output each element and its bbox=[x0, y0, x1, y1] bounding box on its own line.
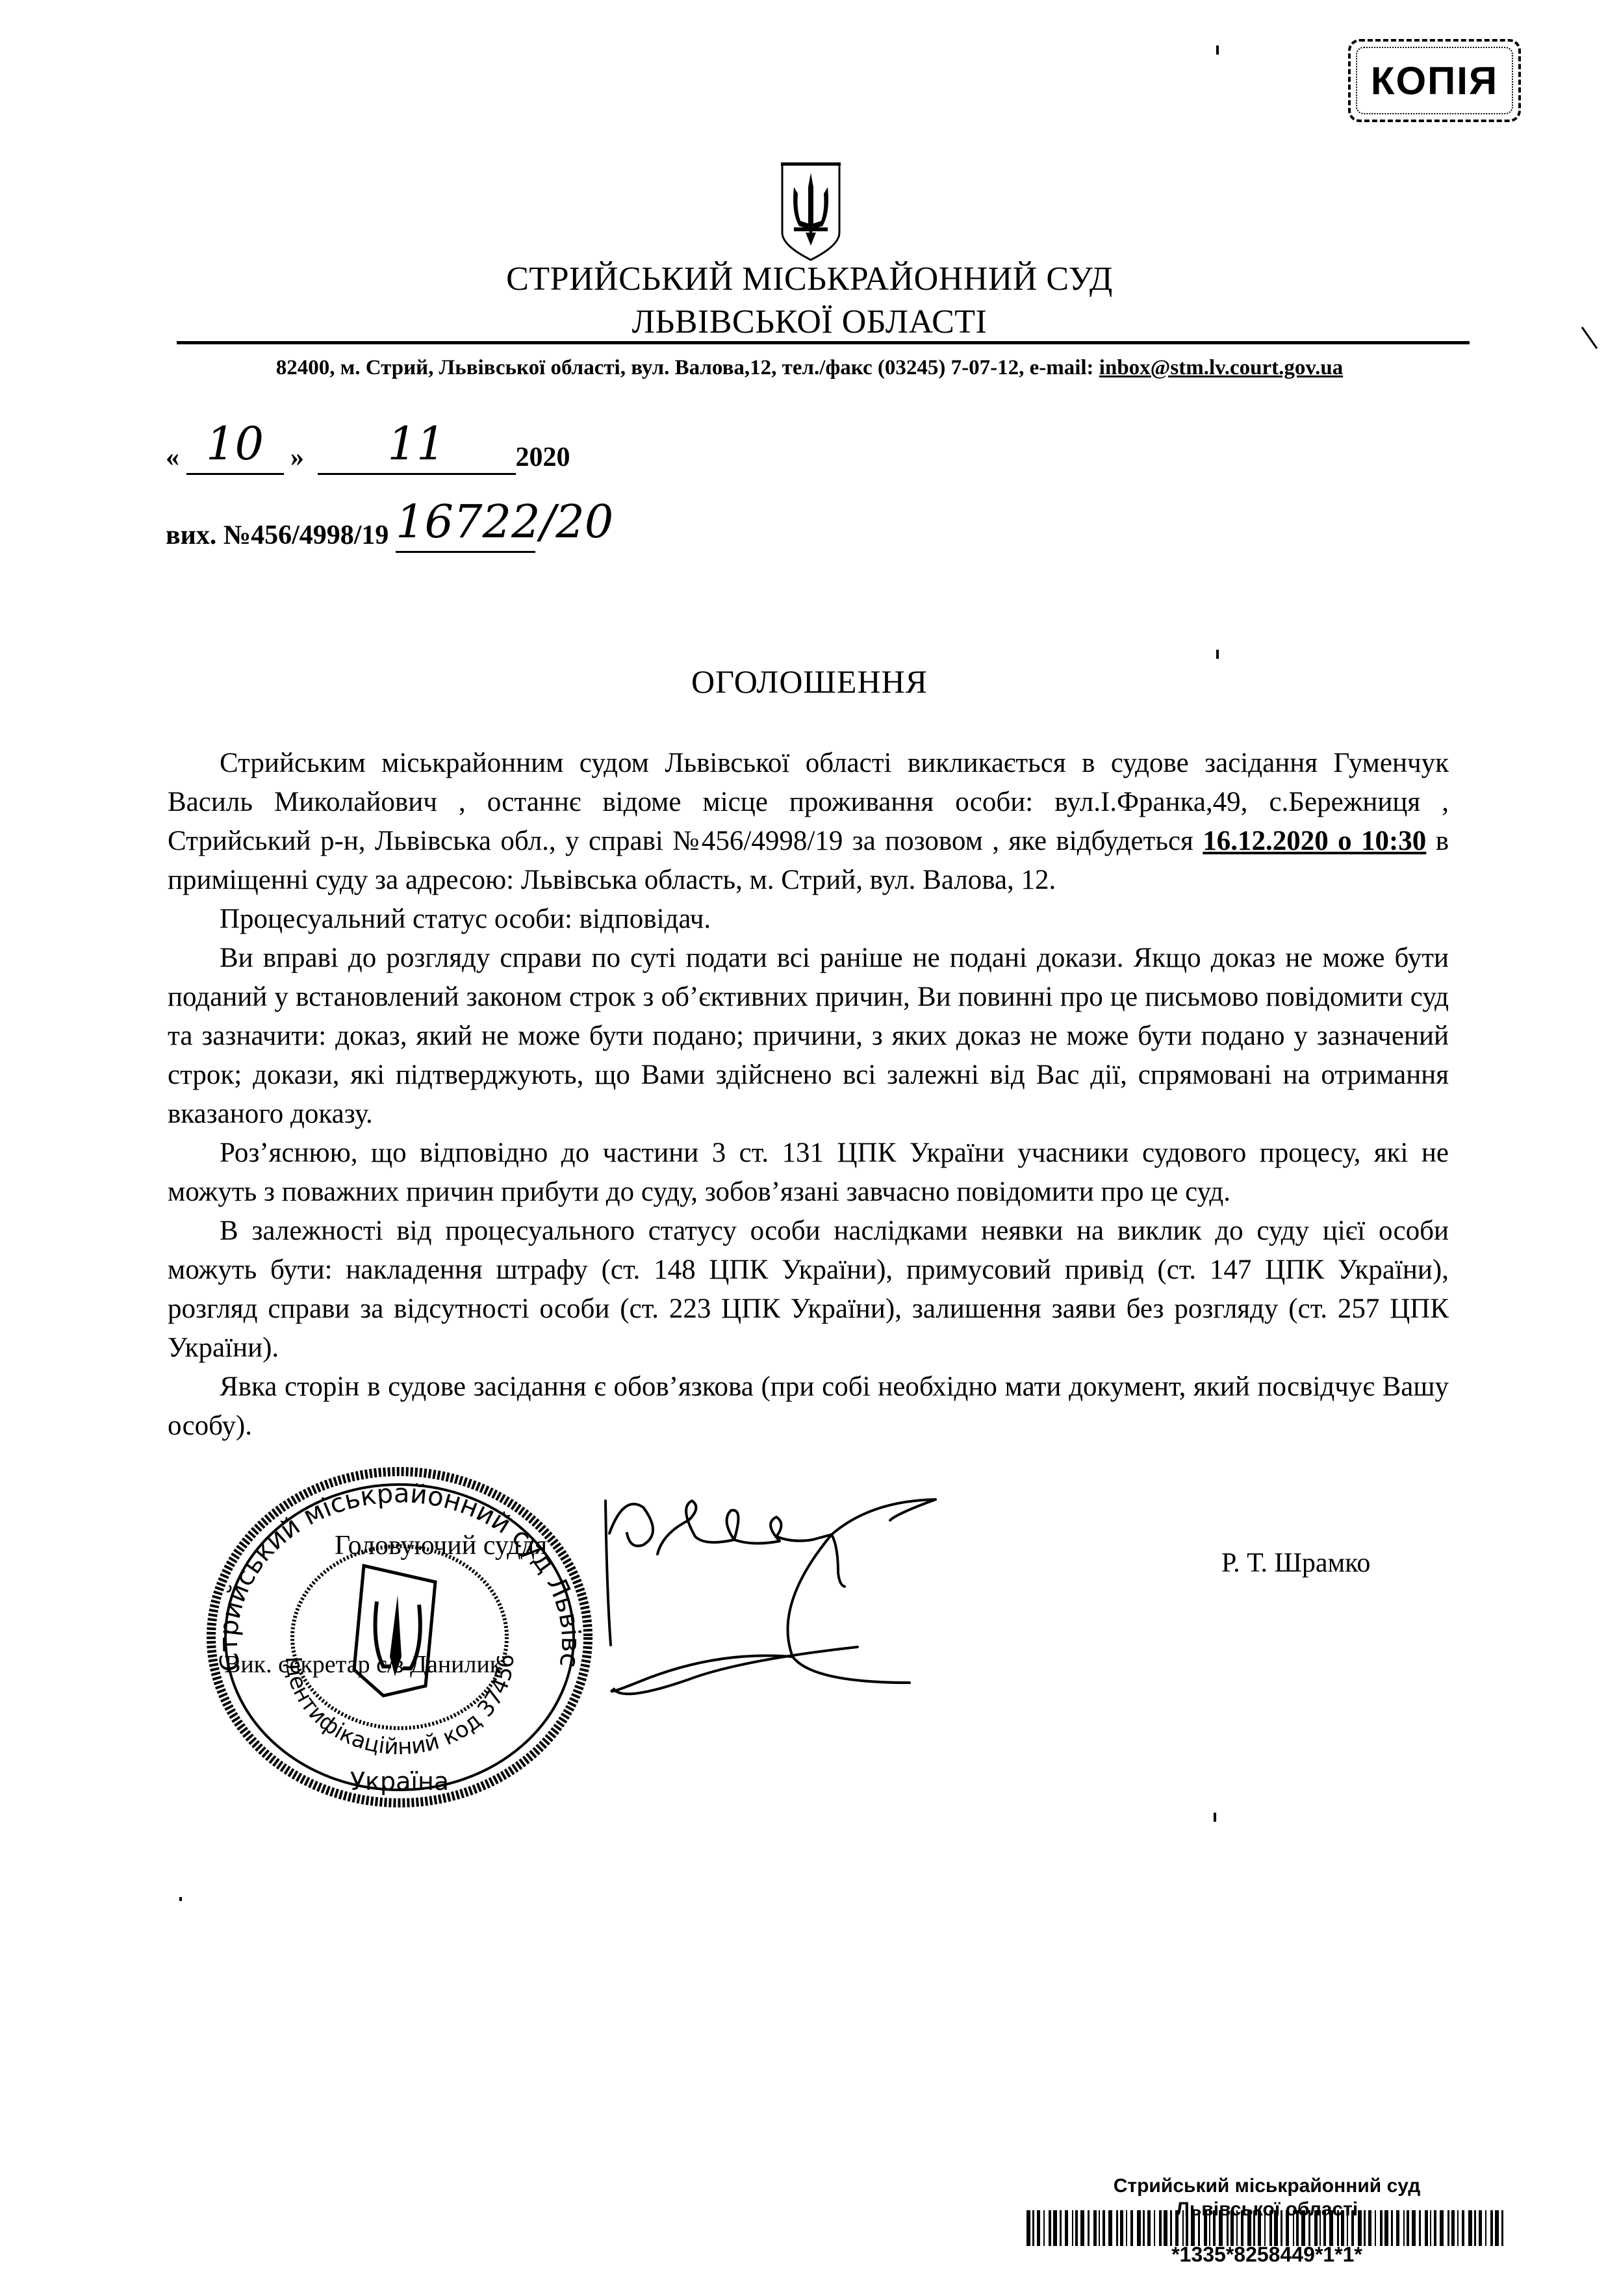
reference-number-field: 16722/20 bbox=[396, 520, 535, 553]
barcode-number: *1335*8258449*1*1* bbox=[1007, 2243, 1527, 2267]
document-title: ОГОЛОШЕННЯ bbox=[0, 663, 1619, 700]
barcode-icon bbox=[1025, 2210, 1509, 2246]
date-day: 10 bbox=[186, 417, 284, 470]
paragraph-notice: Роз’яснюю, що відповідно до частини 3 ст… bbox=[168, 1134, 1449, 1212]
scan-speck bbox=[1216, 650, 1219, 659]
judge-name: Р. Т. Шрамко bbox=[1221, 1548, 1370, 1579]
court-seal: Стрийський міськрайонний суд Львівської … bbox=[188, 1462, 611, 1813]
hearing-datetime: 16.12.2020 о 10:30 bbox=[1203, 826, 1426, 856]
outgoing-reference: вих. №456/4998/19 16722/20 bbox=[166, 520, 535, 553]
scan-speck bbox=[1214, 1813, 1216, 1822]
paragraph-attendance: Явка сторін в судове засідання є обов’яз… bbox=[168, 1368, 1449, 1446]
court-address: 82400, м. Стрий, Львівської області, вул… bbox=[0, 356, 1619, 380]
scan-speck bbox=[1216, 45, 1219, 55]
document-date: « 10 » 11 2020 bbox=[166, 442, 570, 475]
address-text: 82400, м. Стрий, Львівської області, вул… bbox=[276, 356, 1099, 379]
signature-mark bbox=[598, 1494, 1143, 1728]
secretary-note: Вик. секретар с/з Данилик bbox=[224, 1650, 502, 1679]
date-year: 2020 bbox=[516, 442, 570, 472]
date-open-quote: « bbox=[166, 442, 179, 472]
seal-outer-text: Стрийський міськрайонний суд Львівської … bbox=[188, 1462, 585, 1674]
document-body: Стрийським міськрайонним судом Львівсько… bbox=[168, 744, 1449, 1446]
seal-bottom-text: Україна bbox=[350, 1767, 449, 1796]
date-close-quote: » bbox=[290, 442, 304, 472]
trident-icon bbox=[780, 161, 842, 262]
paragraph-status: Процесуальний статус особи: відповідач. bbox=[168, 900, 1449, 939]
date-day-field: 10 bbox=[186, 442, 284, 475]
court-name-line1: СТРИЙСЬКИЙ МІСЬКРАЙОННИЙ СУД bbox=[0, 260, 1619, 298]
paragraph-consequences: В залежності від процесуального статусу … bbox=[168, 1212, 1449, 1368]
email-link[interactable]: inbox@stm.lv.court.gov.ua bbox=[1099, 356, 1343, 379]
judge-title: Головуючий суддя bbox=[335, 1530, 547, 1561]
date-month-field: 11 bbox=[318, 442, 516, 475]
paragraph-summons: Стрийським міськрайонним судом Львівсько… bbox=[168, 744, 1449, 900]
court-name-line2: ЛЬВІВСЬКОЇ ОБЛАСТІ bbox=[0, 303, 1619, 341]
reference-label: вих. №456/4998/19 bbox=[166, 520, 389, 550]
copy-stamp-label: КОПІЯ bbox=[1371, 58, 1498, 103]
paragraph-evidence: Ви вправі до розгляду справи по суті под… bbox=[168, 939, 1449, 1134]
scan-speck bbox=[179, 1897, 182, 1901]
header-divider bbox=[177, 341, 1470, 344]
date-month: 11 bbox=[318, 417, 516, 470]
barcode-court-line1: Стрийський міськрайонний суд bbox=[1007, 2175, 1527, 2197]
copy-stamp: КОПІЯ bbox=[1348, 39, 1521, 122]
svg-text:Стрийський міськрайонний суд Л: Стрийський міськрайонний суд Львівської … bbox=[188, 1462, 585, 1674]
reference-handwritten-number: 16722/20 bbox=[396, 495, 535, 548]
